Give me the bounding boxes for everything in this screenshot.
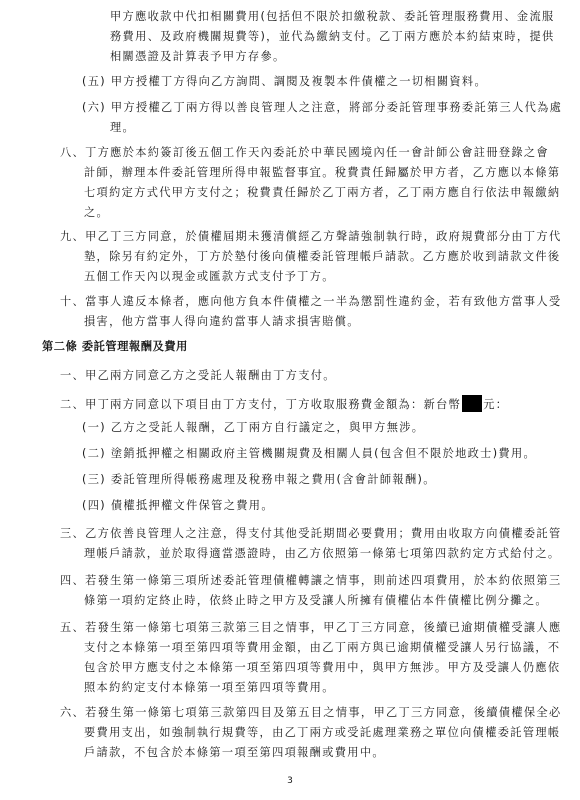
document-page: 甲方應收款中代扣相關費用(包括但不限於扣繳稅款、委託管理服務費用、金流服務費用、… bbox=[0, 0, 580, 800]
line-text: 四、若發生第一條第三項所述委託管理債權轉讓之情事，則前述四項費用，於本約依照第三 bbox=[60, 574, 562, 587]
text-line: 要費用支出，如強制執行規費等，由乙丁兩方或受託處理業務之單位向債權委託管理帳 bbox=[84, 726, 560, 740]
line-text: 七項約定方式代甲方支付之；稅費責任歸於乙丁兩方者，乙丁兩方應自行依法申報繳納 bbox=[84, 186, 560, 199]
redacted-amount bbox=[462, 395, 482, 412]
line-text: 一、甲乙兩方同意乙方之受託人報酬由丁方支付。 bbox=[60, 369, 336, 382]
currency-suffix: 元： bbox=[483, 398, 508, 411]
text-line: 理。 bbox=[110, 121, 135, 135]
text-line: (二) 塗銷抵押權之相關政府主管機關規費及相關人員(包含但不限於地政士)費用。 bbox=[82, 447, 536, 461]
text-line: 務費用、及政府機關規費等)，並代為繳納支付。乙丁兩方應於本約結束時，提供 bbox=[110, 30, 555, 44]
line-text: 務費用、及政府機關規費等)，並代為繳納支付。乙丁兩方應於本約結束時，提供 bbox=[110, 30, 555, 43]
text-line: 相關憑證及計算表予甲方存參。 bbox=[110, 50, 286, 64]
text-line: (五) 甲方授權丁方得向乙方詢問、調閱及複製本件債權之一切相關資料。 bbox=[82, 75, 487, 89]
text-line: 八、丁方應於本約簽訂後五個工作天內委託於中華民國境內任一會計師公會註冊登錄之會 bbox=[60, 146, 549, 160]
line-text: 理帳戶請款，並於取得適當憑證時，由乙方依照第一條第七項第四款約定方式給付之。 bbox=[84, 547, 560, 560]
line-text: 戶請款，不包含於本條第一項至第四項報酬或費用中。 bbox=[84, 746, 385, 759]
text-line: 一、甲乙兩方同意乙方之受託人報酬由丁方支付。 bbox=[60, 369, 336, 383]
text-line: 二、甲丁兩方同意以下項目由丁方支付，丁方收取服務費金額為：新台幣元： bbox=[60, 395, 508, 412]
text-line: 包含於甲方應支付之本條第一項至第四項等費用中，與甲方無涉。甲方及受讓人仍應依 bbox=[84, 661, 560, 675]
text-line: 支付之本條第一項至第四項等費用金額，由乙丁兩方與已逾期債權受讓人另行協議，不 bbox=[84, 641, 560, 655]
line-text: 二、甲丁兩方同意以下項目由丁方支付，丁方收取服務費金額為：新台幣 bbox=[60, 398, 461, 411]
text-line: 六、若發生第一條第七項第三款第四目及第五目之情事，甲乙丁三方同意，後續債權保全必 bbox=[60, 706, 562, 720]
line-text: 包含於甲方應支付之本條第一項至第四項等費用中，與甲方無涉。甲方及受讓人仍應依 bbox=[84, 661, 560, 674]
text-line: 十、當事人違反本條者，應向他方負本件債權之一半為懲罰性違約金，若有致他方當事人受 bbox=[60, 295, 562, 309]
line-text: (三) 委託管理所得帳務處理及稅務申報之費用(含會計師報酬)。 bbox=[82, 473, 436, 486]
text-line: 甲方應收款中代扣相關費用(包括但不限於扣繳稅款、委託管理服務費用、金流服 bbox=[110, 10, 555, 24]
line-text: 九、甲乙丁三方同意，於債權屆期未獲清償經乙方聲請強制執行時，政府規費部分由丁方代 bbox=[60, 230, 562, 243]
line-text: 六、若發生第一條第七項第三款第四目及第五目之情事，甲乙丁三方同意，後續債權保全必 bbox=[60, 706, 562, 719]
text-line: 損害，他方當事人得向違約當事人請求損害賠償。 bbox=[84, 315, 360, 329]
text-line: (六) 甲方授權乙丁兩方得以善良管理人之注意，將部分委託管理事務委託第三人代為處 bbox=[82, 101, 562, 115]
text-line: (三) 委託管理所得帳務處理及稅務申報之費用(含會計師報酬)。 bbox=[82, 473, 436, 487]
text-line: 九、甲乙丁三方同意，於債權屆期未獲清償經乙方聲請強制執行時，政府規費部分由丁方代 bbox=[60, 230, 562, 244]
line-text: 五、若發生第一條第七項第三款第三目之情事，甲乙丁三方同意，後續已逾期債權受讓人應 bbox=[60, 621, 562, 634]
line-text: 理。 bbox=[110, 121, 135, 134]
text-line: (四) 債權抵押權文件保管之費用。 bbox=[82, 499, 274, 513]
text-line: 條第一項約定終止時，依終止時之甲方及受讓人所擁有債權佔本件債權比例分攤之。 bbox=[84, 594, 548, 608]
text-line: 墊，除另有約定外，丁方於墊付後向債權委託管理帳戶請款。乙方應於收到請款文件後 bbox=[84, 250, 560, 264]
line-text: 支付之本條第一項至第四項等費用金額，由乙丁兩方與已逾期債權受讓人另行協議，不 bbox=[84, 641, 560, 654]
text-line: 四、若發生第一條第三項所述委託管理債權轉讓之情事，則前述四項費用，於本約依照第三 bbox=[60, 574, 562, 588]
line-text: 甲方應收款中代扣相關費用(包括但不限於扣繳稅款、委託管理服務費用、金流服 bbox=[110, 10, 555, 23]
text-line: 五、若發生第一條第七項第三款第三目之情事，甲乙丁三方同意，後續已逾期債權受讓人應 bbox=[60, 621, 562, 635]
text-line: 計師，辦理本件委託管理所得申報監督事宜。稅費責任歸屬於甲方者，乙方應以本條第 bbox=[84, 166, 560, 180]
line-text: (二) 塗銷抵押權之相關政府主管機關規費及相關人員(包含但不限於地政士)費用。 bbox=[82, 447, 536, 460]
line-text: 照本約約定支付本條第一項至第四項等費用。 bbox=[84, 681, 335, 694]
line-text: 三、乙方依善良管理人之注意，得支付其他受託期間必要費用；費用由收取方向債權委託管 bbox=[60, 527, 562, 540]
line-text: 五個工作天內以現金或匯款方式支付予丁方。 bbox=[84, 270, 335, 283]
line-text: (一) 乙方之受託人報酬，乙丁兩方自行議定之，與甲方無涉。 bbox=[82, 421, 424, 434]
text-line: 理帳戶請款，並於取得適當憑證時，由乙方依照第一條第七項第四款約定方式給付之。 bbox=[84, 547, 560, 561]
line-text: 條第一項約定終止時，依終止時之甲方及受讓人所擁有債權佔本件債權比例分攤之。 bbox=[84, 594, 548, 607]
line-text: 第二條 委託管理報酬及費用 bbox=[42, 340, 188, 353]
text-line: 七項約定方式代甲方支付之；稅費責任歸於乙丁兩方者，乙丁兩方應自行依法申報繳納 bbox=[84, 186, 560, 200]
text-line: 第二條 委託管理報酬及費用 bbox=[42, 340, 188, 354]
text-line: 之。 bbox=[84, 206, 109, 220]
line-text: 十、當事人違反本條者，應向他方負本件債權之一半為懲罰性違約金，若有致他方當事人受 bbox=[60, 295, 562, 308]
text-line: 三、乙方依善良管理人之注意，得支付其他受託期間必要費用；費用由收取方向債權委託管 bbox=[60, 527, 562, 541]
text-line: 五個工作天內以現金或匯款方式支付予丁方。 bbox=[84, 270, 335, 284]
line-text: 墊，除另有約定外，丁方於墊付後向債權委託管理帳戶請款。乙方應於收到請款文件後 bbox=[84, 250, 560, 263]
line-text: (六) 甲方授權乙丁兩方得以善良管理人之注意，將部分委託管理事務委託第三人代為處 bbox=[82, 101, 562, 114]
line-text: 要費用支出，如強制執行規費等，由乙丁兩方或受託處理業務之單位向債權委託管理帳 bbox=[84, 726, 560, 739]
line-text: (五) 甲方授權丁方得向乙方詢問、調閱及複製本件債權之一切相關資料。 bbox=[82, 75, 487, 88]
page-number: 3 bbox=[0, 776, 580, 786]
text-line: 照本約約定支付本條第一項至第四項等費用。 bbox=[84, 681, 335, 695]
line-text: 計師，辦理本件委託管理所得申報監督事宜。稅費責任歸屬於甲方者，乙方應以本條第 bbox=[84, 166, 560, 179]
line-text: 損害，他方當事人得向違約當事人請求損害賠償。 bbox=[84, 315, 360, 328]
line-text: 相關憑證及計算表予甲方存參。 bbox=[110, 50, 286, 63]
line-text: (四) 債權抵押權文件保管之費用。 bbox=[82, 499, 274, 512]
line-text: 之。 bbox=[84, 206, 109, 219]
line-text: 八、丁方應於本約簽訂後五個工作天內委託於中華民國境內任一會計師公會註冊登錄之會 bbox=[60, 146, 549, 159]
text-line: 戶請款，不包含於本條第一項至第四項報酬或費用中。 bbox=[84, 746, 385, 760]
text-line: (一) 乙方之受託人報酬，乙丁兩方自行議定之，與甲方無涉。 bbox=[82, 421, 424, 435]
